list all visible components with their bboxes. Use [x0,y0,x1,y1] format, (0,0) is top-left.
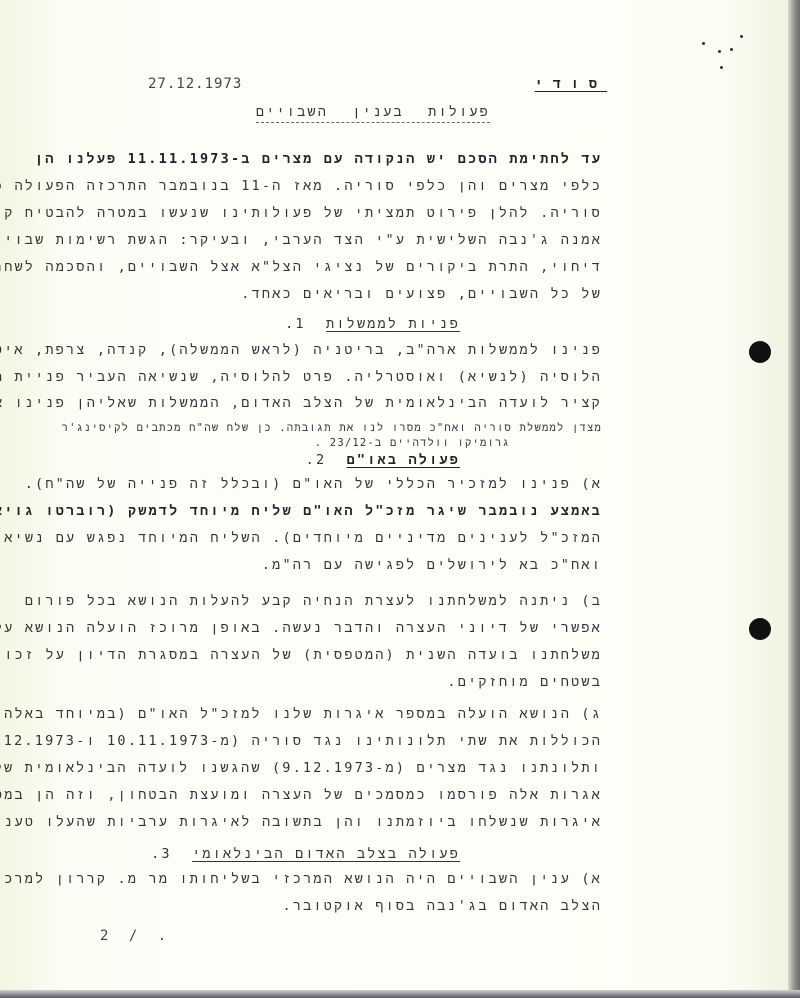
section-heading: פעולה באו"ם [347,452,460,468]
paragraph-line: ותלונתנו נגד מצרים (מ-9.12.1973) שהגשנו … [0,760,602,777]
ink-specks [690,30,750,80]
paragraph-line: איגרות שנשלחו ביוזמתנו והן בתשובה לאיגרו… [0,814,602,831]
section-number: 2. [306,452,327,468]
intro-line: של כל השבויים, פצועים ובריאים כאחד. [241,286,602,303]
section-heading: פניות לממשלות [326,316,460,332]
section-line: קציר לועדה הבינלאומית של הצלב האדום, הממ… [0,395,602,412]
intro-line: כלפי מצרים והן כלפי סוריה. מאז ה-11 בנוב… [0,178,602,195]
paragraph-line: ג) הנושא הועלה במספר איגרות שלנו למזכ"ל … [4,706,602,723]
section-line: מצדן לממשלת סוריה ואח"כ מסרו לנו את תגוב… [62,422,602,435]
intro-line: עד לחתימת הסכם יש הנקודה עם מצרים ב-11.1… [35,151,602,168]
section-3-heading-row: פעולה בצלב האדום הבינלאומי 3. [151,846,460,863]
paragraph-line: א) ענין השבויים היה הנושא המרכזי בשליחות… [0,871,602,888]
intro-line: דיחוי, התרת ביקורים של נציגי הצל"א אצל ה… [0,259,602,276]
section-heading: פעולה בצלב האדום הבינלאומי [192,846,460,862]
paragraph-line: ב) ניתנה למשלחתנו לעצרת הנחיה קבע להעלות… [25,593,602,610]
section-number: 3. [151,846,172,862]
document-date: 27.12.1973 [148,76,242,92]
section-number: 1. [285,316,306,332]
paragraph-line: אפשרי של דיוני העצרה והדבר נעשה. באופן מ… [0,620,602,637]
punch-hole [749,618,771,640]
scan-edge-bottom [0,990,800,998]
page-marker: 2 / . [100,928,172,944]
intro-line: אמנה ג'נבה השלישית ע"י הצד הערבי, ובעיקר… [0,232,602,249]
paragraph-line: הכוללות את שתי תלונותינו נגד סוריה (מ-10… [0,733,602,750]
paragraph-line: ואח"כ בא לירושלים לפגישה עם רה"מ. [262,557,602,574]
paragraph-line: א) פנינו למזכיר הכללי של האו"ם (ובכלל זה… [25,476,602,493]
paragraph-line: משלחתנו בועדה השנית (המטפסית) של העצרה ב… [0,647,602,664]
section-line-continuation: גרומיקו וולדהיים ב-23/12 . [315,437,510,450]
paragraph-line: בשטחים מוחזקים. [447,674,602,691]
paragraph-line: הצלב האדום בג'נבה בסוף אוקטובר. [283,898,603,915]
paragraph-line: באמצע נובמבר שיגר מזכ"ל האו"ם שליח מיוחד… [0,503,602,520]
scanned-document-page: סודי 27.12.1973 פעולות בענין השבויים עד … [0,0,790,990]
paragraph-line: אגרות אלה פורסמו כמסמכים של העצרה ומועצת… [0,787,602,804]
document-title: פעולות בענין השבויים [256,104,490,123]
intro-line: סוריה. להלן פירוט תמציתי של פעולותינו שנ… [0,205,602,222]
scan-edge-right [788,0,800,998]
section-line: הלוסיה (לנשיא) ואוסטרליה. פרט להלוסיה, ש… [0,369,602,386]
section-line: פנינו לממשלות ארה"ב, בריטניה (לראש הממשל… [0,342,602,359]
punch-hole [749,341,771,363]
paragraph-line: המזכ"ל לענינים מדיניים מיוחדים). השליח ה… [0,530,602,547]
section-1-heading-row: פניות לממשלות 1. [285,316,460,333]
section-2-heading-row: פעולה באו"ם 2. [306,452,460,469]
classification-label: סודי [535,76,607,93]
